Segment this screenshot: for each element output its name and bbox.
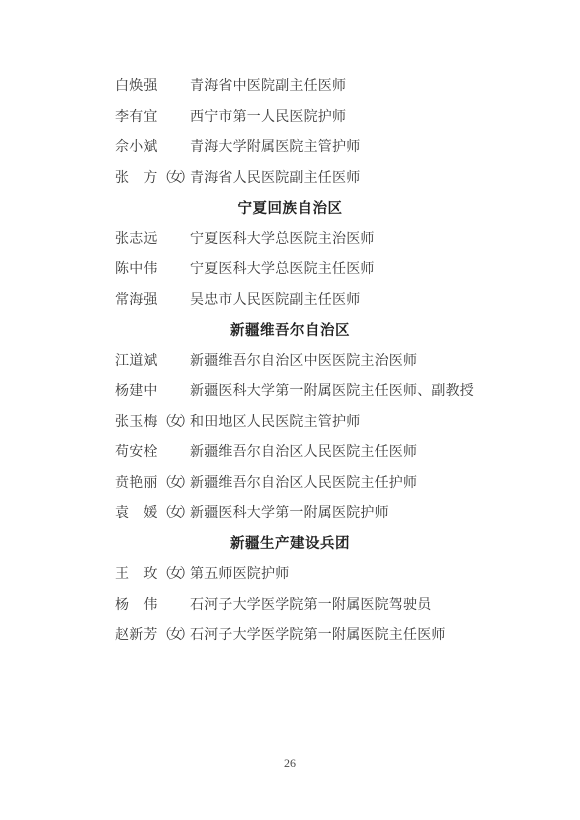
document-page: 白焕强青海省中医院副主任医师李有宜西宁市第一人民医院护师佘小斌青海大学附属医院主… <box>0 0 580 820</box>
page-number: 26 <box>284 756 296 770</box>
list-item: 张 方（女）青海省人民医院副主任医师 <box>115 162 465 193</box>
person-title: 新疆医科大学第一附属医院护师 <box>190 502 389 522</box>
section-heading: 新疆生产建设兵团 <box>115 528 465 559</box>
list-item: 白焕强青海省中医院副主任医师 <box>115 70 465 101</box>
list-item: 张玉梅（女）和田地区人民医院主管护师 <box>115 406 465 437</box>
name-cell: 杨 伟 <box>115 594 190 614</box>
person-name: 杨 伟 <box>115 594 158 614</box>
name-cell: 王 玫（女） <box>115 563 190 583</box>
person-title: 青海省中医院副主任医师 <box>190 75 346 95</box>
person-name: 张玉梅 <box>115 411 158 431</box>
person-title: 吴忠市人民医院副主任医师 <box>190 289 360 309</box>
name-cell: 赵新芳（女） <box>115 624 190 644</box>
person-name: 白焕强 <box>115 75 158 95</box>
name-cell: 张志远 <box>115 228 190 248</box>
name-cell: 张 方（女） <box>115 167 190 187</box>
list-item: 袁 媛（女）新疆医科大学第一附属医院护师 <box>115 497 465 528</box>
list-item: 杨 伟石河子大学医学院第一附属医院驾驶员 <box>115 589 465 620</box>
name-cell: 苟安栓 <box>115 441 190 461</box>
person-title: 和田地区人民医院主管护师 <box>190 411 360 431</box>
list-item: 苟安栓新疆维吾尔自治区人民医院主任医师 <box>115 436 465 467</box>
list-item: 常海强吴忠市人民医院副主任医师 <box>115 284 465 315</box>
person-name: 张志远 <box>115 228 158 248</box>
name-cell: 江道斌 <box>115 350 190 370</box>
gender-marker: （女） <box>158 167 191 187</box>
person-title: 新疆维吾尔自治区人民医院主任护师 <box>190 472 417 492</box>
list-item: 贲艳丽（女）新疆维吾尔自治区人民医院主任护师 <box>115 467 465 498</box>
person-name: 陈中伟 <box>115 258 158 278</box>
gender-marker: （女） <box>158 563 191 583</box>
person-title: 第五师医院护师 <box>190 563 289 583</box>
person-title: 宁夏医科大学总医院主治医师 <box>190 228 375 248</box>
list-item: 佘小斌青海大学附属医院主管护师 <box>115 131 465 162</box>
list-item: 陈中伟宁夏医科大学总医院主任医师 <box>115 253 465 284</box>
person-name: 杨建中 <box>115 380 158 400</box>
person-name: 江道斌 <box>115 350 158 370</box>
gender-marker: （女） <box>158 624 191 644</box>
person-title: 新疆维吾尔自治区人民医院主任医师 <box>190 441 417 461</box>
page-footer: 26 <box>0 756 580 771</box>
person-title: 青海大学附属医院主管护师 <box>190 136 360 156</box>
name-cell: 佘小斌 <box>115 136 190 156</box>
honor-roll-list: 白焕强青海省中医院副主任医师李有宜西宁市第一人民医院护师佘小斌青海大学附属医院主… <box>115 70 465 650</box>
name-cell: 常海强 <box>115 289 190 309</box>
section-heading: 宁夏回族自治区 <box>115 192 465 223</box>
person-name: 佘小斌 <box>115 136 158 156</box>
name-cell: 贲艳丽（女） <box>115 472 190 492</box>
person-title: 青海省人民医院副主任医师 <box>190 167 360 187</box>
person-title: 石河子大学医学院第一附属医院主任医师 <box>190 624 446 644</box>
gender-marker: （女） <box>158 502 191 522</box>
gender-marker: （女） <box>158 411 191 431</box>
person-name: 李有宜 <box>115 106 158 126</box>
list-item: 李有宜西宁市第一人民医院护师 <box>115 101 465 132</box>
person-title: 西宁市第一人民医院护师 <box>190 106 346 126</box>
name-cell: 李有宜 <box>115 106 190 126</box>
name-cell: 张玉梅（女） <box>115 411 190 431</box>
person-title: 石河子大学医学院第一附属医院驾驶员 <box>190 594 431 614</box>
section-heading: 新疆维吾尔自治区 <box>115 314 465 345</box>
person-name: 常海强 <box>115 289 158 309</box>
list-item: 杨建中新疆医科大学第一附属医院主任医师、副教授 <box>115 375 465 406</box>
name-cell: 袁 媛（女） <box>115 502 190 522</box>
gender-marker: （女） <box>158 472 191 492</box>
list-item: 赵新芳（女）石河子大学医学院第一附属医院主任医师 <box>115 619 465 650</box>
list-item: 王 玫（女）第五师医院护师 <box>115 558 465 589</box>
name-cell: 杨建中 <box>115 380 190 400</box>
person-title: 宁夏医科大学总医院主任医师 <box>190 258 375 278</box>
person-name: 苟安栓 <box>115 441 158 461</box>
person-name: 赵新芳 <box>115 624 158 644</box>
list-item: 张志远宁夏医科大学总医院主治医师 <box>115 223 465 254</box>
list-item: 江道斌新疆维吾尔自治区中医医院主治医师 <box>115 345 465 376</box>
person-name: 张 方 <box>115 167 158 187</box>
name-cell: 白焕强 <box>115 75 190 95</box>
person-name: 王 玫 <box>115 563 158 583</box>
person-title: 新疆维吾尔自治区中医医院主治医师 <box>190 350 417 370</box>
person-title: 新疆医科大学第一附属医院主任医师、副教授 <box>190 380 474 400</box>
person-name: 贲艳丽 <box>115 472 158 492</box>
name-cell: 陈中伟 <box>115 258 190 278</box>
person-name: 袁 媛 <box>115 502 158 522</box>
